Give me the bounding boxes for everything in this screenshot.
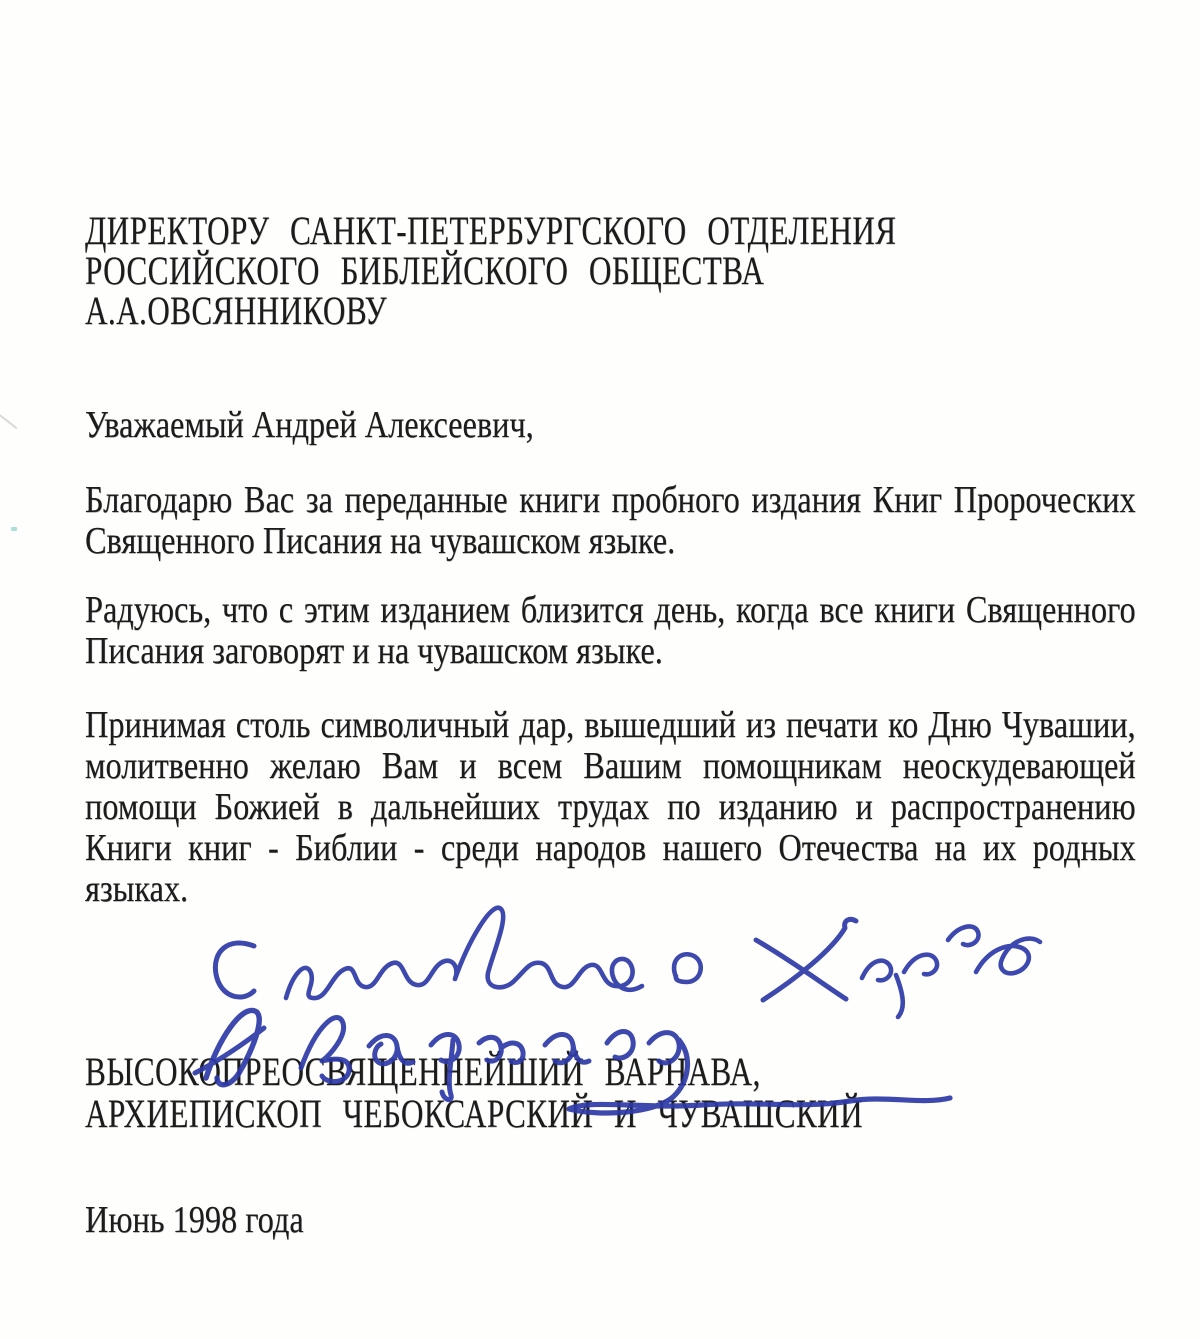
signer-block: ВЫСОКОПРЕОСВЯЩЕННЕЙШИЙ ВАРНАВА, АРХИЕПИС…	[85, 1051, 863, 1135]
paragraph-line: Принимая столь символичный дар, вышедший…	[85, 705, 1136, 746]
paragraph-line: Радуюсь, что с этим изданием близится де…	[85, 590, 1136, 631]
signature-stroke	[215, 943, 254, 997]
signature-stroke	[862, 926, 1040, 1017]
paragraph-line: Писания заговорят и на чувашском языке.	[85, 631, 1136, 672]
signer-line-2: АРХИЕПИСКОП ЧЕБОКСАРСКИЙ И ЧУВАШСКИЙ	[85, 1093, 863, 1135]
salutation: Уважаемый Андрей Алексеевич,	[85, 405, 534, 446]
signature-stroke	[286, 908, 642, 998]
paragraph-line: молитвенно желаю Вам и всем Вашим помощн…	[85, 746, 1136, 787]
recipient-line-1: ДИРЕКТОРУ САНКТ-ПЕТЕРБУРГСКОГО ОТДЕЛЕНИЯ	[85, 211, 896, 251]
signer-line-1: ВЫСОКОПРЕОСВЯЩЕННЕЙШИЙ ВАРНАВА,	[85, 1051, 863, 1093]
signature-stroke	[756, 940, 846, 999]
paragraph-line: помощи Божией в дальнейших трудах по изд…	[85, 787, 1136, 828]
scan-artifact-edge-mark	[0, 414, 17, 429]
signature-stroke	[763, 919, 856, 1000]
paragraph-line: Благодарю Вас за переданные книги пробно…	[85, 480, 1136, 521]
paragraph-line: Книги книг - Библии - среди народов наше…	[85, 828, 1136, 869]
paragraph-1: Благодарю Вас за переданные книги пробно…	[85, 480, 1136, 562]
date-line: Июнь 1998 года	[85, 1200, 304, 1241]
paragraph-2: Радуюсь, что с этим изданием близится де…	[85, 590, 1136, 672]
paragraph-line: языках.	[85, 869, 1136, 910]
letter-scan-page: ДИРЕКТОРУ САНКТ-ПЕТЕРБУРГСКОГО ОТДЕЛЕНИЯ…	[0, 0, 1200, 1339]
recipient-line-3: А.А.ОВСЯННИКОВУ	[85, 291, 896, 331]
scan-artifact-speck	[11, 527, 17, 531]
signature-stroke	[674, 954, 701, 982]
paragraph-3: Принимая столь символичный дар, вышедший…	[85, 705, 1136, 910]
recipient-line-2: РОССИЙСКОГО БИБЛЕЙСКОГО ОБЩЕСТВА	[85, 251, 896, 291]
paragraph-line: Священного Писания на чувашском языке.	[85, 521, 1136, 562]
recipient-block: ДИРЕКТОРУ САНКТ-ПЕТЕРБУРГСКОГО ОТДЕЛЕНИЯ…	[85, 211, 896, 331]
